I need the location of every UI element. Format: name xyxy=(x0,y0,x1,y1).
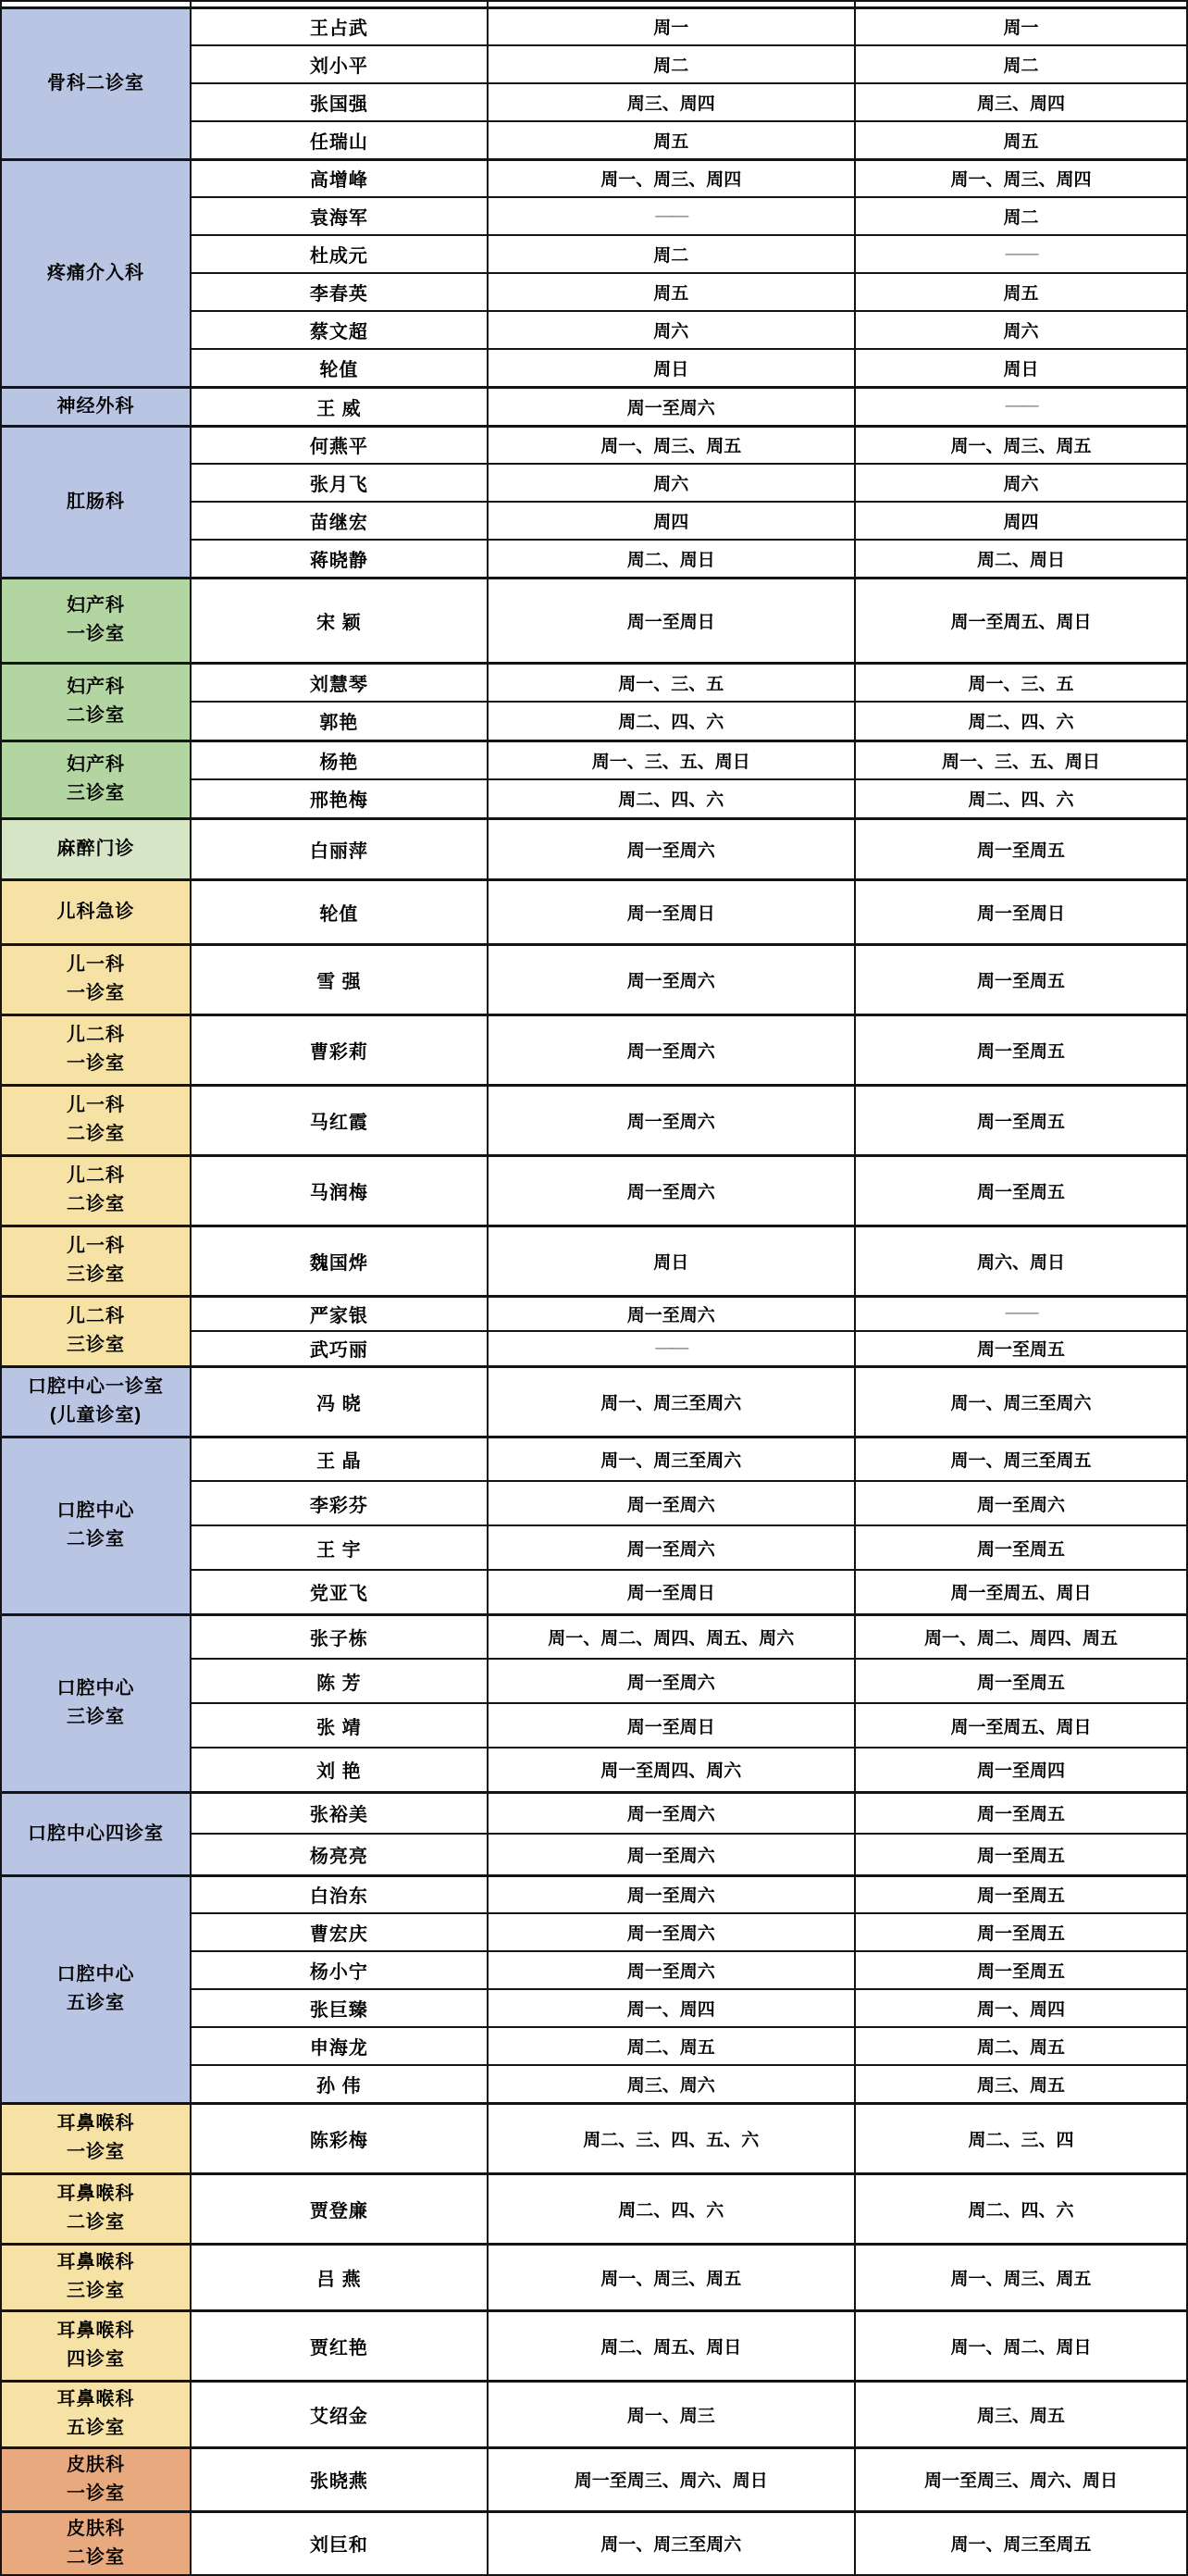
doctor-name-cell: 刘慧琴 xyxy=(191,663,488,702)
schedule-cell-right: 周一、周二、周日 xyxy=(855,2310,1187,2381)
table-row: 儿科急诊轮值周一至周日周一至周日 xyxy=(1,879,1187,944)
partial-top-row xyxy=(1,1,1187,7)
department-cell: 口腔中心四诊室 xyxy=(1,1792,191,1875)
doctor-name-cell: 陈彩梅 xyxy=(191,2103,488,2173)
table-row: 妇产科三诊室杨艳周一、三、五、周日周一、三、五、周日 xyxy=(1,740,1187,779)
schedule-cell-right: —— xyxy=(855,235,1187,273)
schedule-table-body: 骨科二诊室王占武周一周一刘小平周二周二张国强周三、周四周三、周四任瑞山周五周五疼… xyxy=(1,1,1187,2575)
doctor-name-cell: 曹彩莉 xyxy=(191,1014,488,1085)
table-row: 麻醉门诊白丽萍周一至周六周一至周五 xyxy=(1,818,1187,879)
schedule-cell-left: 周一至周六 xyxy=(488,1792,855,1834)
department-cell: 儿一科二诊室 xyxy=(1,1085,191,1155)
schedule-cell-right: 周二、周日 xyxy=(855,540,1187,578)
department-label: 皮肤科 xyxy=(4,2451,188,2480)
schedule-cell-left: 周一至周六 xyxy=(488,944,855,1014)
doctor-name-cell: 刘巨和 xyxy=(191,2511,488,2575)
department-label: 儿一科 xyxy=(4,1232,188,1261)
table-row: 妇产科二诊室刘慧琴周一、三、五周一、三、五 xyxy=(1,663,1187,702)
schedule-cell-left: 周一、三、五 xyxy=(488,663,855,702)
schedule-cell-left: 周五 xyxy=(488,273,855,311)
department-label: 口腔中心 xyxy=(4,1497,188,1525)
table-row: 耳鼻喉科二诊室贾登廉周二、四、六周二、四、六 xyxy=(1,2173,1187,2244)
doctor-name-cell: 苗继宏 xyxy=(191,502,488,540)
doctor-name-cell: 艾绍金 xyxy=(191,2381,488,2447)
schedule-cell-left: 周二、四、六 xyxy=(488,779,855,818)
doctor-name-cell: 魏国烨 xyxy=(191,1226,488,1296)
schedule-cell-right: 周一、周三、周五 xyxy=(855,2244,1187,2310)
schedule-cell-right: 周一、周三至周六 xyxy=(855,1366,1187,1437)
department-label: 耳鼻喉科 xyxy=(4,2317,188,2346)
department-label: 麻醉门诊 xyxy=(4,835,188,864)
schedule-cell-left: 周一、周三、周四 xyxy=(488,159,855,197)
schedule-cell-right: 周一至周五、周日 xyxy=(855,1703,1187,1748)
department-label: 口腔中心 xyxy=(4,1674,188,1703)
schedule-cell-left: 周六 xyxy=(488,464,855,502)
schedule-cell-left: 周一、周三、周五 xyxy=(488,426,855,464)
department-cell: 妇产科三诊室 xyxy=(1,740,191,818)
schedule-cell-right: 周一至周五、周日 xyxy=(855,578,1187,663)
department-label: 三诊室 xyxy=(4,779,188,808)
department-cell: 口腔中心二诊室 xyxy=(1,1437,191,1614)
schedule-cell-left: 周一至周日 xyxy=(488,879,855,944)
table-row: 儿二科二诊室马润梅周一至周六周一至周五 xyxy=(1,1155,1187,1226)
table-row: 耳鼻喉科三诊室吕 燕周一、周三、周五周一、周三、周五 xyxy=(1,2244,1187,2310)
department-label: 二诊室 xyxy=(4,2544,188,2572)
schedule-cell-right: 周一至周五 xyxy=(855,1951,1187,1989)
schedule-cell-left: 周二、周日 xyxy=(488,540,855,578)
doctor-name-cell: 白治东 xyxy=(191,1875,488,1913)
department-label: 三诊室 xyxy=(4,1261,188,1289)
department-cell: 耳鼻喉科二诊室 xyxy=(1,2173,191,2244)
schedule-cell-right: 周二、周五 xyxy=(855,2027,1187,2065)
department-label: 口腔中心 xyxy=(4,1960,188,1989)
schedule-cell-left: 周二、周五 xyxy=(488,2027,855,2065)
department-label: 一诊室 xyxy=(4,2480,188,2508)
department-label: 三诊室 xyxy=(4,2277,188,2306)
doctor-schedule-table: 骨科二诊室王占武周一周一刘小平周二周二张国强周三、周四周三、周四任瑞山周五周五疼… xyxy=(0,0,1188,2576)
schedule-cell-left: —— xyxy=(488,197,855,235)
department-label: 一诊室 xyxy=(4,1050,188,1078)
department-cell: 妇产科二诊室 xyxy=(1,663,191,740)
schedule-cell-left: 周一、周三至周六 xyxy=(488,1366,855,1437)
doctor-name-cell: 杨小宁 xyxy=(191,1951,488,1989)
schedule-cell-left: 周一至周六 xyxy=(488,1481,855,1525)
schedule-cell-right: 周一、周三至周五 xyxy=(855,1437,1187,1481)
doctor-name-cell: 宋 颖 xyxy=(191,578,488,663)
department-label: 儿一科 xyxy=(4,1091,188,1120)
department-label: 五诊室 xyxy=(4,1989,188,2018)
doctor-name-cell: 张国强 xyxy=(191,83,488,121)
table-row: 耳鼻喉科四诊室贾红艳周二、周五、周日周一、周二、周日 xyxy=(1,2310,1187,2381)
doctor-name-cell: 郭艳 xyxy=(191,702,488,740)
schedule-cell-left: 周三、周六 xyxy=(488,2065,855,2103)
doctor-name-cell: 武巧丽 xyxy=(191,1331,488,1366)
doctor-name-cell: 刘小平 xyxy=(191,45,488,83)
table-row: 儿一科二诊室马红霞周一至周六周一至周五 xyxy=(1,1085,1187,1155)
department-label: 三诊室 xyxy=(4,1331,188,1360)
doctor-name-cell: 孙 伟 xyxy=(191,2065,488,2103)
table-row: 耳鼻喉科一诊室陈彩梅周二、三、四、五、六周二、三、四 xyxy=(1,2103,1187,2173)
schedule-cell-left: 周一、周三 xyxy=(488,2381,855,2447)
partial-cell xyxy=(855,1,1187,7)
schedule-cell-right: 周一至周日 xyxy=(855,879,1187,944)
department-cell: 麻醉门诊 xyxy=(1,818,191,879)
schedule-cell-right: 周一至周五 xyxy=(855,1659,1187,1703)
department-label: 二诊室 xyxy=(4,1120,188,1149)
schedule-cell-right: 周一、周四 xyxy=(855,1989,1187,2027)
schedule-cell-left: 周一至周日 xyxy=(488,578,855,663)
schedule-cell-right: 周五 xyxy=(855,273,1187,311)
table-row: 疼痛介入科高增峰周一、周三、周四周一、周三、周四 xyxy=(1,159,1187,197)
schedule-cell-left: 周二、周五、周日 xyxy=(488,2310,855,2381)
doctor-name-cell: 贾登廉 xyxy=(191,2173,488,2244)
table-row: 儿二科一诊室曹彩莉周一至周六周一至周五 xyxy=(1,1014,1187,1085)
table-row: 儿一科一诊室雪 强周一至周六周一至周五 xyxy=(1,944,1187,1014)
schedule-cell-right: 周一、周三、周五 xyxy=(855,426,1187,464)
doctor-name-cell: 蒋晓静 xyxy=(191,540,488,578)
schedule-cell-left: 周一至周六 xyxy=(488,1155,855,1226)
schedule-cell-left: 周四 xyxy=(488,502,855,540)
schedule-cell-right: 周一至周六 xyxy=(855,1481,1187,1525)
doctor-name-cell: 李春英 xyxy=(191,273,488,311)
department-label: 四诊室 xyxy=(4,2346,188,2374)
schedule-cell-left: 周日 xyxy=(488,1226,855,1296)
table-row: 口腔中心一诊室(儿童诊室)冯 晓周一、周三至周六周一、周三至周六 xyxy=(1,1366,1187,1437)
schedule-cell-left: 周日 xyxy=(488,349,855,387)
schedule-cell-left: 周二、四、六 xyxy=(488,2173,855,2244)
partial-cell xyxy=(488,1,855,7)
department-cell: 皮肤科一诊室 xyxy=(1,2447,191,2511)
table-row: 口腔中心三诊室张子栋周一、周二、周四、周五、周六周一、周二、周四、周五 xyxy=(1,1614,1187,1659)
schedule-cell-left: 周一至周六 xyxy=(488,1659,855,1703)
department-label: 三诊室 xyxy=(4,1703,188,1732)
doctor-name-cell: 轮值 xyxy=(191,879,488,944)
schedule-cell-left: 周一至周日 xyxy=(488,1570,855,1614)
schedule-cell-left: 周一至周六 xyxy=(488,1834,855,1875)
department-cell: 神经外科 xyxy=(1,387,191,426)
doctor-name-cell: 贾红艳 xyxy=(191,2310,488,2381)
doctor-name-cell: 马润梅 xyxy=(191,1155,488,1226)
department-cell: 儿二科一诊室 xyxy=(1,1014,191,1085)
doctor-name-cell: 任瑞山 xyxy=(191,121,488,159)
schedule-cell-right: 周一至周三、周六、周日 xyxy=(855,2447,1187,2511)
schedule-cell-left: 周一 xyxy=(488,7,855,45)
schedule-cell-left: 周五 xyxy=(488,121,855,159)
department-label: 神经外科 xyxy=(4,392,188,421)
schedule-cell-right: 周一、三、五 xyxy=(855,663,1187,702)
table-row: 妇产科一诊室宋 颖周一至周日周一至周五、周日 xyxy=(1,578,1187,663)
doctor-name-cell: 申海龙 xyxy=(191,2027,488,2065)
schedule-cell-right: 周一、三、五、周日 xyxy=(855,740,1187,779)
department-cell: 口腔中心五诊室 xyxy=(1,1875,191,2103)
schedule-cell-left: 周一至周六 xyxy=(488,1875,855,1913)
department-label: 疼痛介入科 xyxy=(4,259,188,288)
schedule-cell-right: 周一、周二、周四、周五 xyxy=(855,1614,1187,1659)
table-row: 儿二科三诊室严家银周一至周六—— xyxy=(1,1296,1187,1331)
department-cell: 疼痛介入科 xyxy=(1,159,191,387)
schedule-cell-right: 周二 xyxy=(855,197,1187,235)
department-cell: 妇产科一诊室 xyxy=(1,578,191,663)
schedule-cell-right: 周一至周五 xyxy=(855,1875,1187,1913)
department-label: 妇产科 xyxy=(4,591,188,620)
schedule-cell-left: 周一、周二、周四、周五、周六 xyxy=(488,1614,855,1659)
doctor-name-cell: 王 威 xyxy=(191,387,488,426)
schedule-cell-right: 周二、四、六 xyxy=(855,779,1187,818)
department-label: 骨科二诊室 xyxy=(4,69,188,98)
table-row: 口腔中心二诊室王 晶周一、周三至周六周一、周三至周五 xyxy=(1,1437,1187,1481)
table-row: 骨科二诊室王占武周一周一 xyxy=(1,7,1187,45)
schedule-cell-left: 周一、周四 xyxy=(488,1989,855,2027)
doctor-name-cell: 张 靖 xyxy=(191,1703,488,1748)
doctor-name-cell: 王 宇 xyxy=(191,1525,488,1570)
doctor-name-cell: 陈 芳 xyxy=(191,1659,488,1703)
department-label: 儿二科 xyxy=(4,1162,188,1190)
department-label: 耳鼻喉科 xyxy=(4,2248,188,2277)
schedule-cell-right: 周一、周三、周四 xyxy=(855,159,1187,197)
schedule-cell-right: 周二、三、四 xyxy=(855,2103,1187,2173)
schedule-cell-right: 周一至周五 xyxy=(855,1331,1187,1366)
doctor-name-cell: 王 晶 xyxy=(191,1437,488,1481)
schedule-cell-left: 周一至周日 xyxy=(488,1703,855,1748)
schedule-cell-left: 周一、周三至周六 xyxy=(488,2511,855,2575)
schedule-cell-right: 周一至周五、周日 xyxy=(855,1570,1187,1614)
department-label: 耳鼻喉科 xyxy=(4,2109,188,2138)
partial-cell xyxy=(1,1,191,7)
schedule-cell-left: 周一至周六 xyxy=(488,1951,855,1989)
doctor-name-cell: 何燕平 xyxy=(191,426,488,464)
table-row: 皮肤科二诊室刘巨和周一、周三至周六周一、周三至周五 xyxy=(1,2511,1187,2575)
schedule-cell-right: 周二、四、六 xyxy=(855,702,1187,740)
department-label: 儿二科 xyxy=(4,1302,188,1331)
table-row: 口腔中心四诊室张裕美周一至周六周一至周五 xyxy=(1,1792,1187,1834)
schedule-cell-right: 周二、四、六 xyxy=(855,2173,1187,2244)
doctor-name-cell: 马红霞 xyxy=(191,1085,488,1155)
department-label: 皮肤科 xyxy=(4,2515,188,2544)
doctor-name-cell: 曹宏庆 xyxy=(191,1913,488,1951)
doctor-name-cell: 严家银 xyxy=(191,1296,488,1331)
doctor-name-cell: 杜成元 xyxy=(191,235,488,273)
doctor-name-cell: 刘 艳 xyxy=(191,1748,488,1792)
schedule-cell-left: 周二、四、六 xyxy=(488,702,855,740)
schedule-cell-left: 周二 xyxy=(488,235,855,273)
schedule-cell-left: 周三、周四 xyxy=(488,83,855,121)
schedule-cell-right: 周六 xyxy=(855,311,1187,349)
schedule-cell-left: 周二 xyxy=(488,45,855,83)
department-cell: 耳鼻喉科三诊室 xyxy=(1,2244,191,2310)
department-cell: 肛肠科 xyxy=(1,426,191,578)
doctor-name-cell: 冯 晓 xyxy=(191,1366,488,1437)
doctor-name-cell: 白丽萍 xyxy=(191,818,488,879)
doctor-name-cell: 轮值 xyxy=(191,349,488,387)
schedule-cell-left: 周六 xyxy=(488,311,855,349)
department-cell: 儿科急诊 xyxy=(1,879,191,944)
department-label: 儿一科 xyxy=(4,951,188,979)
schedule-cell-right: 周六 xyxy=(855,464,1187,502)
department-label: 耳鼻喉科 xyxy=(4,2385,188,2414)
department-label: 一诊室 xyxy=(4,620,188,649)
schedule-cell-right: 周一至周四 xyxy=(855,1748,1187,1792)
doctor-name-cell: 杨艳 xyxy=(191,740,488,779)
table-row: 口腔中心五诊室白治东周一至周六周一至周五 xyxy=(1,1875,1187,1913)
schedule-cell-right: —— xyxy=(855,387,1187,426)
schedule-cell-right: 周一至周五 xyxy=(855,1014,1187,1085)
schedule-cell-left: —— xyxy=(488,1331,855,1366)
department-label: 肛肠科 xyxy=(4,488,188,516)
department-label: 儿科急诊 xyxy=(4,898,188,927)
schedule-cell-right: 周三、周五 xyxy=(855,2065,1187,2103)
schedule-cell-right: 周一 xyxy=(855,7,1187,45)
table-row: 神经外科王 威周一至周六—— xyxy=(1,387,1187,426)
schedule-cell-right: 周六、周日 xyxy=(855,1226,1187,1296)
table-row: 耳鼻喉科五诊室艾绍金周一、周三周三、周五 xyxy=(1,2381,1187,2447)
department-cell: 骨科二诊室 xyxy=(1,7,191,159)
department-cell: 儿一科一诊室 xyxy=(1,944,191,1014)
doctor-name-cell: 高增峰 xyxy=(191,159,488,197)
schedule-cell-right: 周一至周五 xyxy=(855,818,1187,879)
doctor-name-cell: 吕 燕 xyxy=(191,2244,488,2310)
doctor-name-cell: 王占武 xyxy=(191,7,488,45)
department-cell: 儿一科三诊室 xyxy=(1,1226,191,1296)
department-label: 耳鼻喉科 xyxy=(4,2180,188,2209)
schedule-cell-right: 周一至周五 xyxy=(855,1085,1187,1155)
table-row: 肛肠科何燕平周一、周三、周五周一、周三、周五 xyxy=(1,426,1187,464)
department-label: 一诊室 xyxy=(4,979,188,1008)
department-label: 二诊室 xyxy=(4,1190,188,1219)
doctor-name-cell: 张晓燕 xyxy=(191,2447,488,2511)
department-cell: 耳鼻喉科五诊室 xyxy=(1,2381,191,2447)
doctor-name-cell: 雪 强 xyxy=(191,944,488,1014)
schedule-cell-right: 周五 xyxy=(855,121,1187,159)
department-label: 二诊室 xyxy=(4,702,188,730)
department-cell: 耳鼻喉科四诊室 xyxy=(1,2310,191,2381)
department-cell: 儿二科三诊室 xyxy=(1,1296,191,1366)
department-label: 妇产科 xyxy=(4,673,188,702)
schedule-cell-left: 周一、周三、周五 xyxy=(488,2244,855,2310)
schedule-cell-right: 周一至周五 xyxy=(855,1525,1187,1570)
schedule-cell-right: 周一至周五 xyxy=(855,944,1187,1014)
doctor-name-cell: 李彩芬 xyxy=(191,1481,488,1525)
department-label: 二诊室 xyxy=(4,1525,188,1554)
doctor-name-cell: 张裕美 xyxy=(191,1792,488,1834)
schedule-page: 骨科二诊室王占武周一周一刘小平周二周二张国强周三、周四周三、周四任瑞山周五周五疼… xyxy=(0,0,1188,2576)
schedule-cell-right: 周三、周五 xyxy=(855,2381,1187,2447)
department-label: 口腔中心四诊室 xyxy=(4,1820,188,1848)
doctor-name-cell: 张月飞 xyxy=(191,464,488,502)
doctor-name-cell: 袁海军 xyxy=(191,197,488,235)
schedule-cell-right: 周四 xyxy=(855,502,1187,540)
schedule-cell-left: 周一至周六 xyxy=(488,1525,855,1570)
table-row: 皮肤科一诊室张晓燕周一至周三、周六、周日周一至周三、周六、周日 xyxy=(1,2447,1187,2511)
schedule-cell-left: 周一至周六 xyxy=(488,818,855,879)
schedule-cell-right: 周一、周三至周五 xyxy=(855,2511,1187,2575)
doctor-name-cell: 杨亮亮 xyxy=(191,1834,488,1875)
schedule-cell-right: 周日 xyxy=(855,349,1187,387)
department-cell: 口腔中心一诊室(儿童诊室) xyxy=(1,1366,191,1437)
schedule-cell-left: 周一至周六 xyxy=(488,1296,855,1331)
schedule-cell-left: 周一至周六 xyxy=(488,387,855,426)
schedule-cell-right: 周二 xyxy=(855,45,1187,83)
doctor-name-cell: 党亚飞 xyxy=(191,1570,488,1614)
doctor-name-cell: 张子栋 xyxy=(191,1614,488,1659)
partial-cell xyxy=(191,1,488,7)
doctor-name-cell: 张巨臻 xyxy=(191,1989,488,2027)
department-label: 二诊室 xyxy=(4,2209,188,2237)
department-cell: 耳鼻喉科一诊室 xyxy=(1,2103,191,2173)
doctor-name-cell: 邢艳梅 xyxy=(191,779,488,818)
schedule-cell-left: 周一至周六 xyxy=(488,1085,855,1155)
schedule-cell-left: 周一至周六 xyxy=(488,1913,855,1951)
department-cell: 儿二科二诊室 xyxy=(1,1155,191,1226)
schedule-cell-left: 周一至周六 xyxy=(488,1014,855,1085)
schedule-cell-right: —— xyxy=(855,1296,1187,1331)
doctor-name-cell: 蔡文超 xyxy=(191,311,488,349)
department-label: (儿童诊室) xyxy=(4,1401,188,1430)
department-cell: 口腔中心三诊室 xyxy=(1,1614,191,1792)
department-label: 儿二科 xyxy=(4,1021,188,1050)
schedule-cell-left: 周一、周三至周六 xyxy=(488,1437,855,1481)
schedule-cell-left: 周一至周四、周六 xyxy=(488,1748,855,1792)
department-label: 口腔中心一诊室 xyxy=(4,1373,188,1401)
table-row: 儿一科三诊室魏国烨周日周六、周日 xyxy=(1,1226,1187,1296)
department-label: 五诊室 xyxy=(4,2414,188,2443)
schedule-cell-left: 周二、三、四、五、六 xyxy=(488,2103,855,2173)
department-label: 一诊室 xyxy=(4,2138,188,2167)
schedule-cell-left: 周一、三、五、周日 xyxy=(488,740,855,779)
schedule-cell-right: 周一至周五 xyxy=(855,1913,1187,1951)
schedule-cell-right: 周一至周五 xyxy=(855,1792,1187,1834)
schedule-cell-right: 周一至周五 xyxy=(855,1155,1187,1226)
schedule-cell-right: 周一至周五 xyxy=(855,1834,1187,1875)
schedule-cell-left: 周一至周三、周六、周日 xyxy=(488,2447,855,2511)
department-label: 妇产科 xyxy=(4,751,188,779)
schedule-cell-right: 周三、周四 xyxy=(855,83,1187,121)
department-cell: 皮肤科二诊室 xyxy=(1,2511,191,2575)
